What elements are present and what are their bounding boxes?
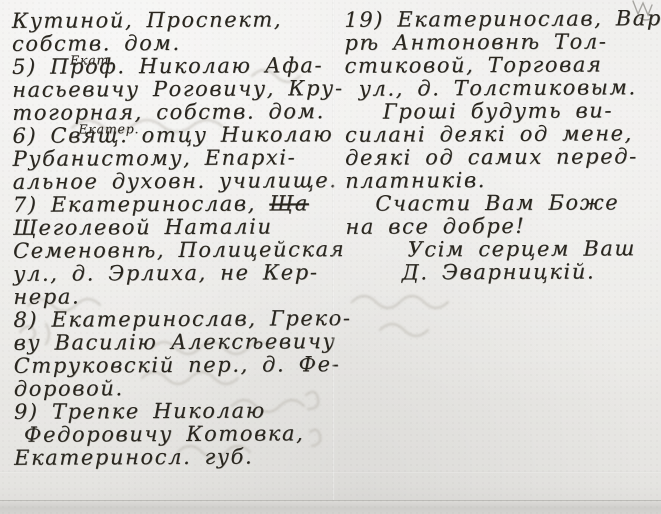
manuscript-line: стиковой, Торговая: [345, 53, 657, 78]
manuscript-line: Струковскій пер., д. Фе-: [14, 353, 336, 378]
manuscript-line: альное духовн. училище.: [13, 169, 335, 194]
manuscript-line: 7) Екатеринослав, Ща: [13, 192, 335, 217]
manuscript-line: силані деякі од мене,: [345, 122, 657, 147]
horizontal-crease: [0, 471, 661, 473]
manuscript-line: Федоровичу Котовка,: [24, 422, 336, 447]
manuscript-line: Счасти Вам Боже: [375, 191, 657, 215]
manuscript-line: ул., д. Толстиковым.: [359, 76, 657, 101]
manuscript-line: рѣ Антоновнѣ Тол-: [344, 30, 656, 55]
struck-word: Ща: [269, 191, 309, 215]
manuscript-text: 7) Екатеринослав,: [13, 192, 270, 217]
manuscript-line: Щеголевой Наталіи: [13, 215, 335, 240]
manuscript-line: насьевичу Роговичу, Кру-: [12, 77, 334, 102]
manuscript-line: 6) Свящ. отцу Николаю: [12, 123, 334, 148]
manuscript-line: Рубанистому, Епархі-: [13, 146, 335, 171]
manuscript-line: нера.: [13, 284, 335, 309]
manuscript-line: доровой.: [14, 376, 336, 401]
manuscript-line: собств. дом.: [12, 31, 334, 56]
right-page-column: 19) Екатеринослав, Варва- рѣ Антоновнѣ Т…: [344, 7, 657, 285]
manuscript-scan: Екат. Екатер. Кутиной, Проспект, собств.…: [0, 0, 661, 514]
manuscript-line: деякі од самих перед-: [345, 145, 657, 170]
manuscript-line: Семеновнѣ, Полицейская: [13, 238, 335, 263]
manuscript-line: платників.: [345, 168, 657, 193]
manuscript-line: ул., д. Эрлиха, не Кер-: [13, 261, 335, 286]
manuscript-line: тогорная, собств. дом.: [12, 100, 334, 125]
manuscript-line: ву Василію Алексѣевичу: [13, 330, 335, 355]
scan-bottom-edge: [0, 500, 661, 514]
manuscript-line: на все добре!: [345, 214, 657, 239]
manuscript-line: Усім серцем Ваш: [407, 237, 657, 261]
manuscript-line: Кутиной, Проспект,: [12, 8, 334, 33]
superscript-note: Екат.: [70, 54, 114, 66]
manuscript-line: 8) Екатеринослав, Греко-: [13, 307, 335, 332]
fold-crease: [332, 0, 335, 500]
left-page-column: Екат. Екатер. Кутиной, Проспект, собств.…: [12, 8, 336, 470]
signature: Д. Эварницкій.: [402, 260, 658, 284]
manuscript-line: 5) Проф. Николаю Афа-: [12, 54, 334, 79]
manuscript-line: 19) Екатеринослав, Варва-: [344, 7, 656, 32]
manuscript-line: Екатериносл. губ.: [14, 445, 336, 470]
manuscript-line: Гроші будуть ви-: [383, 99, 657, 123]
manuscript-line: 9) Трепке Николаю: [14, 399, 336, 424]
superscript-note: Екатер.: [78, 123, 139, 135]
